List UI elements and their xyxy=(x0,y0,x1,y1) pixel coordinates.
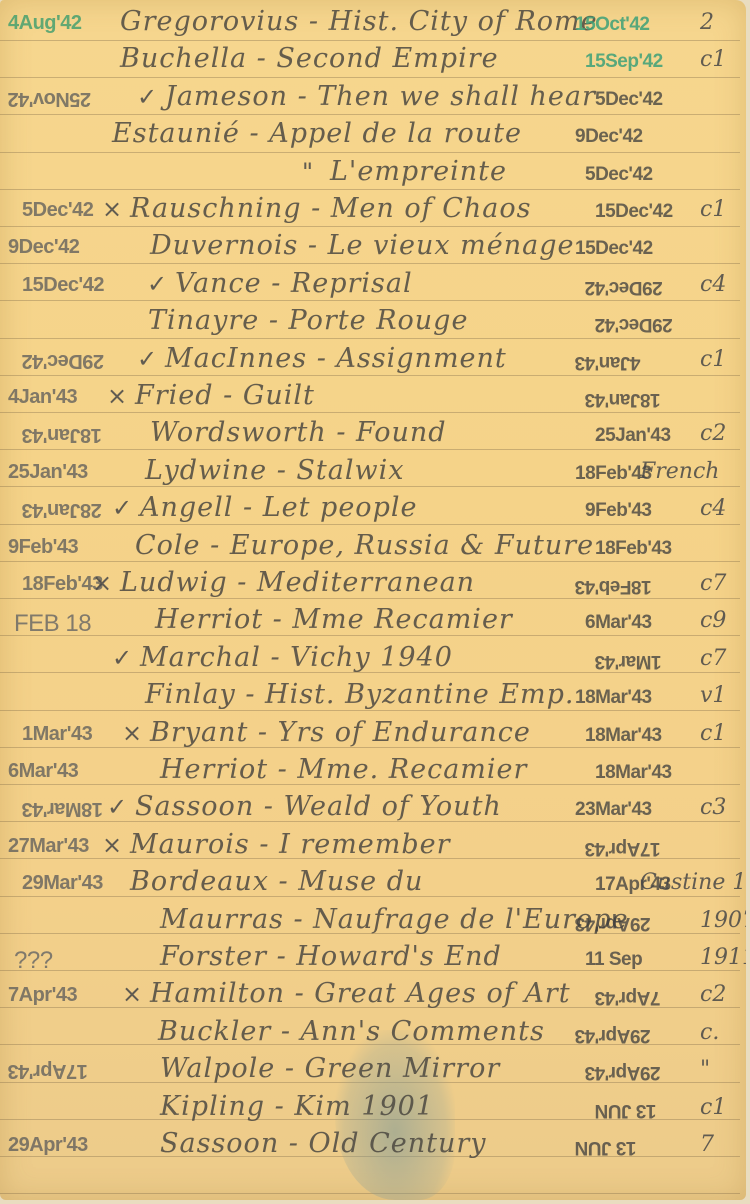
handwritten-title: MacInnes - Assignment xyxy=(165,343,507,374)
copy-code: 2 xyxy=(700,10,714,35)
card-entry: 27Mar'43×Maurois - I remember17Apr'43 xyxy=(0,829,746,865)
due-date-stamp-left: 29Mar'43 xyxy=(22,872,103,895)
due-date-stamp-left: 6Mar'43 xyxy=(8,760,78,783)
card-entry: Finlay - Hist. Byzantine Emp.18Mar'43v1 xyxy=(0,679,746,715)
due-date-stamp-left: 18Feb'43 xyxy=(22,573,103,596)
card-entry: FEB 18Herriot - Mme Recamier6Mar'43c9 xyxy=(0,604,746,640)
handwritten-title: Buckler - Ann's Comments xyxy=(158,1016,545,1047)
handwritten-title: Duvernois - Le vieux ménage xyxy=(150,230,575,261)
due-date-stamp-left: 28Jan'43 xyxy=(22,498,102,521)
handwritten-title: Kipling - Kim 1901 xyxy=(160,1091,434,1122)
card-entry: 29Dec'42✓MacInnes - Assignment4Jan'43c1 xyxy=(0,343,746,379)
card-entry: 18Mar'43✓Sassoon - Weald of Youth23Mar'4… xyxy=(0,791,746,827)
handwritten-title: Herriot - Mme. Recamier xyxy=(160,754,527,785)
card-entry: 7Apr'43×Hamilton - Great Ages of Art7Apr… xyxy=(0,978,746,1014)
copy-code: c2 xyxy=(700,421,726,446)
copy-code: " xyxy=(700,1057,710,1082)
due-date-stamp-right: 4Jan'43 xyxy=(575,351,640,373)
handwritten-title: Lydwine - Stalwix xyxy=(145,455,404,486)
card-entry: Maurras - Naufrage de l'Europe29Apr'4319… xyxy=(0,904,746,940)
due-date-stamp-right: 1Mar'43 xyxy=(595,650,662,672)
library-card: 4Aug'42Gregorovius - Hist. City of Rome1… xyxy=(0,0,746,1200)
check-mark-icon: ✓ xyxy=(147,270,167,298)
card-entry: ???Forster - Howard's End11 Sep1911 xyxy=(0,941,746,977)
handwritten-title: Buchella - Second Empire xyxy=(120,43,499,74)
due-date-stamp-right: 18Feb'43 xyxy=(575,575,652,597)
handwritten-title: Finlay - Hist. Byzantine Emp. xyxy=(145,679,575,710)
handwritten-title: Marchal - Vichy 1940 xyxy=(140,642,453,673)
copy-code: c1 xyxy=(700,721,726,746)
handwritten-title: Gregorovius - Hist. City of Rome xyxy=(120,6,598,37)
due-date-stamp-right: 29Apr'43 xyxy=(575,912,651,934)
handwritten-title: Rauschning - Men of Chaos xyxy=(130,193,531,224)
due-date-stamp-right: 18Mar'43 xyxy=(575,687,652,709)
handwritten-title: Sassoon - Old Century xyxy=(160,1128,487,1159)
copy-code: c3 xyxy=(700,795,726,820)
handwritten-title: Forster - Howard's End xyxy=(160,941,502,972)
card-entry: 18Jan'43Wordsworth - Found25Jan'43c2 xyxy=(0,417,746,453)
copy-code: French xyxy=(640,459,719,484)
handwritten-title: Fried - Guilt xyxy=(135,380,315,411)
card-entry: 25Jan'43Lydwine - Stalwix18Feb'43French xyxy=(0,455,746,491)
copy-code: c1 xyxy=(700,347,726,372)
due-date-stamp-right: 18Mar'43 xyxy=(585,725,662,747)
due-date-stamp-left: 29Apr'43 xyxy=(8,1134,88,1157)
due-date-stamp-right: 23Mar'43 xyxy=(575,799,652,821)
due-date-stamp-right: 18Jan'43 xyxy=(585,388,661,410)
copy-code: c7 xyxy=(700,571,726,596)
card-entry: 5Dec'42×Rauschning - Men of Chaos15Dec'4… xyxy=(0,193,746,229)
card-entry: 6Mar'43Herriot - Mme. Recamier18Mar'43 xyxy=(0,754,746,790)
due-date-stamp-right: 5Dec'42 xyxy=(595,89,663,111)
card-entry: 25Nov'42✓Jameson - Then we shall hear5De… xyxy=(0,81,746,117)
handwritten-title: Ludwig - Mediterranean xyxy=(120,567,475,598)
copy-code: c1 xyxy=(700,47,726,72)
handwritten-title: L'empreinte xyxy=(330,156,507,187)
handwritten-title: Bryant - Yrs of Endurance xyxy=(150,717,531,748)
due-date-stamp-right: 15Sep'42 xyxy=(585,51,663,73)
card-entry: Tinayre - Porte Rouge29Dec'42 xyxy=(0,305,746,341)
due-date-stamp-left: FEB 18 xyxy=(14,610,91,638)
handwritten-title: Walpole - Green Mirror xyxy=(160,1053,500,1084)
due-date-stamp-right: 7Apr'43 xyxy=(595,986,660,1008)
due-date-stamp-right: 29Dec'42 xyxy=(585,276,663,298)
due-date-stamp-left: 29Dec'42 xyxy=(22,349,104,372)
copy-code: c4 xyxy=(700,272,726,297)
copy-code: c1 xyxy=(700,1095,726,1120)
card-entry: 9Feb'43Cole - Europe, Russia & Future18F… xyxy=(0,530,746,566)
check-mark-icon: ✓ xyxy=(137,345,157,373)
due-date-stamp-right: 15Oct'42 xyxy=(575,14,649,36)
handwritten-title: Maurois - I remember xyxy=(130,829,451,860)
copy-code: c1 xyxy=(700,197,726,222)
card-entry: 29Apr'43Sassoon - Old Century13 JUN7 xyxy=(0,1128,746,1164)
due-date-stamp-right: 15Dec'42 xyxy=(595,201,673,223)
handwritten-title: Jameson - Then we shall hear xyxy=(165,81,596,112)
card-entry: 4Jan'43×Fried - Guilt18Jan'43 xyxy=(0,380,746,416)
card-entry: Estaunié - Appel de la route9Dec'42 xyxy=(0,118,746,154)
due-date-stamp-right: 9Feb'43 xyxy=(585,500,652,522)
card-entry: Buchella - Second Empire15Sep'42c1 xyxy=(0,43,746,79)
due-date-stamp-left: 9Dec'42 xyxy=(8,236,79,259)
due-date-stamp-right: 29Dec'42 xyxy=(595,313,673,335)
due-date-stamp-right: 29Apr'43 xyxy=(585,1061,661,1083)
due-date-stamp-left: 4Aug'42 xyxy=(8,12,82,35)
copy-code: 1907 xyxy=(700,908,746,933)
check-mark-icon: " xyxy=(302,158,313,186)
rule-line xyxy=(0,1193,740,1194)
check-mark-icon: × xyxy=(102,195,122,223)
handwritten-title: Wordsworth - Found xyxy=(150,417,447,448)
due-date-stamp-right: 18Mar'43 xyxy=(595,762,672,784)
check-mark-icon: ✓ xyxy=(112,644,132,672)
handwritten-title: Maurras - Naufrage de l'Europe xyxy=(160,904,629,935)
due-date-stamp-right: 5Dec'42 xyxy=(585,164,653,186)
card-entry: 15Dec'42✓Vance - Reprisal29Dec'42c4 xyxy=(0,268,746,304)
due-date-stamp-right: 6Mar'43 xyxy=(585,612,652,634)
handwritten-title: Bordeaux - Muse du xyxy=(130,866,423,897)
check-mark-icon: × xyxy=(107,382,127,410)
handwritten-title: Tinayre - Porte Rouge xyxy=(148,305,468,336)
due-date-stamp-left: 25Jan'43 xyxy=(8,461,88,484)
handwritten-title: Angell - Let people xyxy=(140,492,417,523)
check-mark-icon: × xyxy=(102,831,122,859)
handwritten-title: Vance - Reprisal xyxy=(175,268,413,299)
copy-code: c9 xyxy=(700,608,726,633)
card-entry: 17Apr'43Walpole - Green Mirror29Apr'43" xyxy=(0,1053,746,1089)
due-date-stamp-left: 25Nov'42 xyxy=(8,87,91,110)
card-entry: 28Jan'43✓Angell - Let people9Feb'43c4 xyxy=(0,492,746,528)
card-entry: 18Feb'43×Ludwig - Mediterranean18Feb'43c… xyxy=(0,567,746,603)
handwritten-title: Hamilton - Great Ages of Art xyxy=(150,978,571,1009)
card-entry: Kipling - Kim 190113 JUNc1 xyxy=(0,1091,746,1127)
handwritten-title: Cole - Europe, Russia & Future xyxy=(135,530,594,561)
due-date-stamp-left: 5Dec'42 xyxy=(22,199,93,222)
copy-code: 1911 xyxy=(700,945,746,970)
check-mark-icon: ✓ xyxy=(112,494,132,522)
copy-code: c4 xyxy=(700,496,726,521)
due-date-stamp-right: 18Feb'43 xyxy=(595,538,672,560)
due-date-stamp-left: 17Apr'43 xyxy=(8,1059,88,1082)
check-mark-icon: × xyxy=(122,980,142,1008)
check-mark-icon: ✓ xyxy=(107,793,127,821)
due-date-stamp-right: 25Jan'43 xyxy=(595,425,671,447)
due-date-stamp-left: 18Jan'43 xyxy=(22,423,102,446)
due-date-stamp-left: 27Mar'43 xyxy=(8,835,89,858)
due-date-stamp-left: 9Feb'43 xyxy=(8,536,78,559)
copy-code: c2 xyxy=(700,982,726,1007)
handwritten-title: Sassoon - Weald of Youth xyxy=(135,791,502,822)
handwritten-title: Estaunié - Appel de la route xyxy=(112,118,522,149)
due-date-stamp-right: 13 JUN xyxy=(575,1136,636,1158)
check-mark-icon: × xyxy=(92,569,112,597)
copy-code: c7 xyxy=(700,646,726,671)
handwritten-title: Herriot - Mme Recamier xyxy=(155,604,513,635)
due-date-stamp-right: 9Dec'42 xyxy=(575,126,643,148)
due-date-stamp-left: 1Mar'43 xyxy=(22,723,92,746)
due-date-stamp-left: 4Jan'43 xyxy=(8,386,77,409)
check-mark-icon: ✓ xyxy=(137,83,157,111)
card-entry: "L'empreinte5Dec'42 xyxy=(0,156,746,192)
copy-code: c. xyxy=(700,1020,719,1045)
card-entry: 4Aug'42Gregorovius - Hist. City of Rome1… xyxy=(0,6,746,42)
copy-code: 7 xyxy=(700,1132,714,1157)
card-entry: Buckler - Ann's Comments29Apr'43c. xyxy=(0,1016,746,1052)
due-date-stamp-right: 29Apr'43 xyxy=(575,1024,651,1046)
due-date-stamp-right: 13 JUN xyxy=(595,1099,656,1121)
copy-code: Custine 1K. xyxy=(640,870,746,895)
due-date-stamp-left: 18Mar'43 xyxy=(22,797,103,820)
due-date-stamp-left: 15Dec'42 xyxy=(22,274,104,297)
due-date-stamp-left: ??? xyxy=(14,947,53,975)
check-mark-icon: × xyxy=(122,719,142,747)
card-entry: 1Mar'43×Bryant - Yrs of Endurance18Mar'4… xyxy=(0,717,746,753)
copy-code: v1 xyxy=(700,683,726,708)
card-entry: ✓Marchal - Vichy 19401Mar'43c7 xyxy=(0,642,746,678)
card-entry: 9Dec'42Duvernois - Le vieux ménage15Dec'… xyxy=(0,230,746,266)
due-date-stamp-left: 7Apr'43 xyxy=(8,984,77,1007)
due-date-stamp-right: 11 Sep xyxy=(585,949,642,971)
due-date-stamp-right: 17Apr'43 xyxy=(585,837,661,859)
card-entry: 29Mar'43Bordeaux - Muse du17Apr'43Custin… xyxy=(0,866,746,902)
due-date-stamp-right: 15Dec'42 xyxy=(575,238,653,260)
